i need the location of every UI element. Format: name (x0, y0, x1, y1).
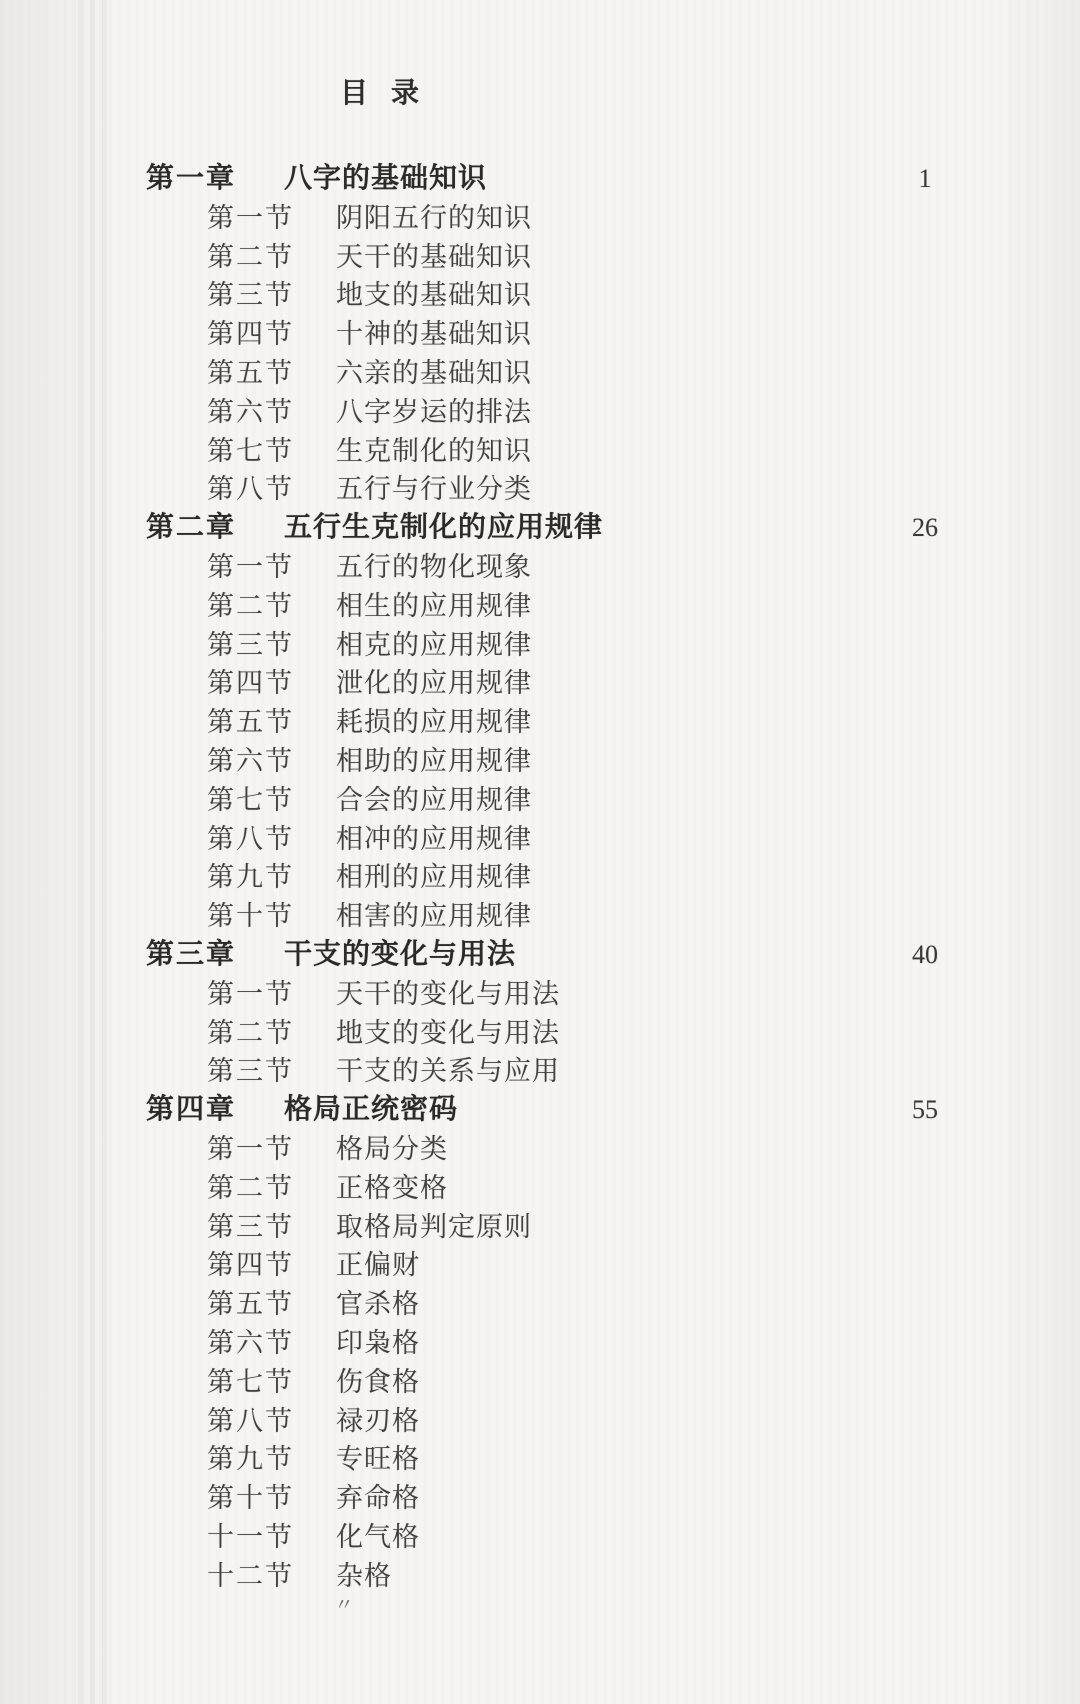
toc-chapter-row: 第四章格局正统密码55 (0, 1091, 1080, 1130)
section-title: 相生的应用规律 (336, 587, 532, 626)
section-title: 五行的物化现象 (336, 548, 532, 587)
section-label: 第八节 (207, 470, 294, 509)
toc-section-row: 第三节取格局判定原则 (0, 1208, 1080, 1247)
chapter-label: 第三章 (146, 936, 236, 975)
section-title: 十神的基础知识 (336, 315, 532, 354)
section-label: 第三节 (207, 626, 294, 665)
toc-section-row: 十一节化气格 (0, 1518, 1080, 1557)
stray-scan-mark: 〃 (334, 1592, 355, 1615)
section-title: 伤食格 (336, 1363, 420, 1402)
page-title: 目 录 (340, 78, 427, 110)
section-title: 杂格 (336, 1557, 392, 1596)
chapter-title: 八字的基础知识 (284, 160, 487, 199)
toc-section-row: 第九节专旺格 (0, 1440, 1080, 1479)
section-label: 第五节 (207, 703, 294, 742)
chapter-page-number: 40 (893, 936, 957, 975)
section-title: 格局分类 (336, 1130, 448, 1169)
section-title: 泄化的应用规律 (336, 664, 532, 703)
section-title: 专旺格 (336, 1440, 420, 1479)
section-title: 官杀格 (336, 1285, 420, 1324)
toc-section-row: 第六节相助的应用规律 (0, 742, 1080, 781)
toc-chapter-row: 第一章八字的基础知识1 (0, 160, 1080, 199)
section-label: 第七节 (207, 432, 294, 471)
toc-section-row: 第五节耗损的应用规律 (0, 703, 1080, 742)
toc-section-row: 第一节格局分类 (0, 1130, 1080, 1169)
section-label: 第六节 (207, 1324, 294, 1363)
section-label: 第四节 (207, 1246, 294, 1285)
section-label: 第十节 (207, 897, 294, 936)
section-label: 第一节 (207, 975, 294, 1014)
section-title: 五行与行业分类 (336, 470, 532, 509)
section-label: 第六节 (207, 393, 294, 432)
toc-section-row: 第二节天干的基础知识 (0, 238, 1080, 277)
section-title: 禄刃格 (336, 1402, 420, 1441)
section-title: 正格变格 (336, 1169, 448, 1208)
section-title: 相克的应用规律 (336, 626, 532, 665)
toc-section-row: 第三节干支的关系与应用 (0, 1052, 1080, 1091)
section-label: 第八节 (207, 820, 294, 859)
section-label: 第三节 (207, 1052, 294, 1091)
section-title: 天干的变化与用法 (336, 975, 560, 1014)
toc-section-row: 第五节官杀格 (0, 1285, 1080, 1324)
chapter-page-number: 1 (893, 160, 957, 199)
section-title: 干支的关系与应用 (336, 1052, 560, 1091)
toc-section-row: 第七节合会的应用规律 (0, 781, 1080, 820)
section-title: 相害的应用规律 (336, 897, 532, 936)
section-title: 印枭格 (336, 1324, 420, 1363)
toc-section-row: 第八节相冲的应用规律 (0, 820, 1080, 859)
chapter-page-number: 55 (893, 1091, 957, 1130)
toc-section-row: 第十节相害的应用规律 (0, 897, 1080, 936)
section-label: 第二节 (207, 1169, 294, 1208)
section-title: 八字岁运的排法 (336, 393, 532, 432)
section-title: 地支的基础知识 (336, 276, 532, 315)
section-title: 耗损的应用规律 (336, 703, 532, 742)
section-title: 化气格 (336, 1518, 420, 1557)
toc-chapter-row: 第三章干支的变化与用法40 (0, 936, 1080, 975)
chapter-page-number: 26 (893, 509, 957, 548)
section-label: 第二节 (207, 238, 294, 277)
toc-section-row: 第八节五行与行业分类 (0, 470, 1080, 509)
toc-section-row: 第八节禄刃格 (0, 1402, 1080, 1441)
section-label: 第七节 (207, 1363, 294, 1402)
section-label: 第一节 (207, 1130, 294, 1169)
toc-section-row: 第五节六亲的基础知识 (0, 354, 1080, 393)
section-label: 第五节 (207, 1285, 294, 1324)
section-label: 第四节 (207, 315, 294, 354)
section-label: 第四节 (207, 664, 294, 703)
section-label: 第一节 (207, 548, 294, 587)
toc-section-row: 第一节五行的物化现象 (0, 548, 1080, 587)
chapter-title: 五行生克制化的应用规律 (284, 509, 603, 548)
section-title: 阴阳五行的知识 (336, 199, 532, 238)
toc-section-row: 第九节相刑的应用规律 (0, 858, 1080, 897)
section-title: 取格局判定原则 (336, 1208, 532, 1247)
section-label: 第十节 (207, 1479, 294, 1518)
toc-section-row: 第四节十神的基础知识 (0, 315, 1080, 354)
chapter-title: 格局正统密码 (284, 1091, 458, 1130)
toc-section-row: 第十节弃命格 (0, 1479, 1080, 1518)
chapter-label: 第一章 (146, 160, 236, 199)
section-title: 正偏财 (336, 1246, 420, 1285)
section-label: 第二节 (207, 587, 294, 626)
toc-section-row: 第六节印枭格 (0, 1324, 1080, 1363)
chapter-label: 第二章 (146, 509, 236, 548)
toc-section-row: 第二节正格变格 (0, 1169, 1080, 1208)
toc-list: 第一章八字的基础知识1第一节阴阳五行的知识第二节天干的基础知识第三节地支的基础知… (0, 160, 1080, 1595)
section-label: 第三节 (207, 276, 294, 315)
toc-section-row: 第三节地支的基础知识 (0, 276, 1080, 315)
section-title: 合会的应用规律 (336, 781, 532, 820)
section-label: 第八节 (207, 1402, 294, 1441)
section-title: 相冲的应用规律 (336, 820, 532, 859)
section-label: 第七节 (207, 781, 294, 820)
section-label: 第五节 (207, 354, 294, 393)
section-label: 第一节 (207, 199, 294, 238)
chapter-title: 干支的变化与用法 (284, 936, 516, 975)
toc-section-row: 十二节杂格 (0, 1557, 1080, 1596)
toc-section-row: 第七节伤食格 (0, 1363, 1080, 1402)
toc-section-row: 第三节相克的应用规律 (0, 626, 1080, 665)
section-title: 生克制化的知识 (336, 432, 532, 471)
section-title: 相刑的应用规律 (336, 858, 532, 897)
toc-chapter-row: 第二章五行生克制化的应用规律26 (0, 509, 1080, 548)
toc-section-row: 第四节泄化的应用规律 (0, 664, 1080, 703)
toc-section-row: 第二节相生的应用规律 (0, 587, 1080, 626)
section-title: 相助的应用规律 (336, 742, 532, 781)
section-label: 第九节 (207, 1440, 294, 1479)
chapter-label: 第四章 (146, 1091, 236, 1130)
section-title: 弃命格 (336, 1479, 420, 1518)
toc-section-row: 第七节生克制化的知识 (0, 432, 1080, 471)
section-title: 六亲的基础知识 (336, 354, 532, 393)
toc-section-row: 第二节地支的变化与用法 (0, 1014, 1080, 1053)
section-label: 第三节 (207, 1208, 294, 1247)
section-label: 第九节 (207, 858, 294, 897)
toc-section-row: 第六节八字岁运的排法 (0, 393, 1080, 432)
section-label: 十二节 (207, 1557, 294, 1596)
toc-section-row: 第一节天干的变化与用法 (0, 975, 1080, 1014)
section-label: 十一节 (207, 1518, 294, 1557)
toc-section-row: 第四节正偏财 (0, 1246, 1080, 1285)
section-title: 地支的变化与用法 (336, 1014, 560, 1053)
section-title: 天干的基础知识 (336, 238, 532, 277)
section-label: 第六节 (207, 742, 294, 781)
section-label: 第二节 (207, 1014, 294, 1053)
toc-section-row: 第一节阴阳五行的知识 (0, 199, 1080, 238)
